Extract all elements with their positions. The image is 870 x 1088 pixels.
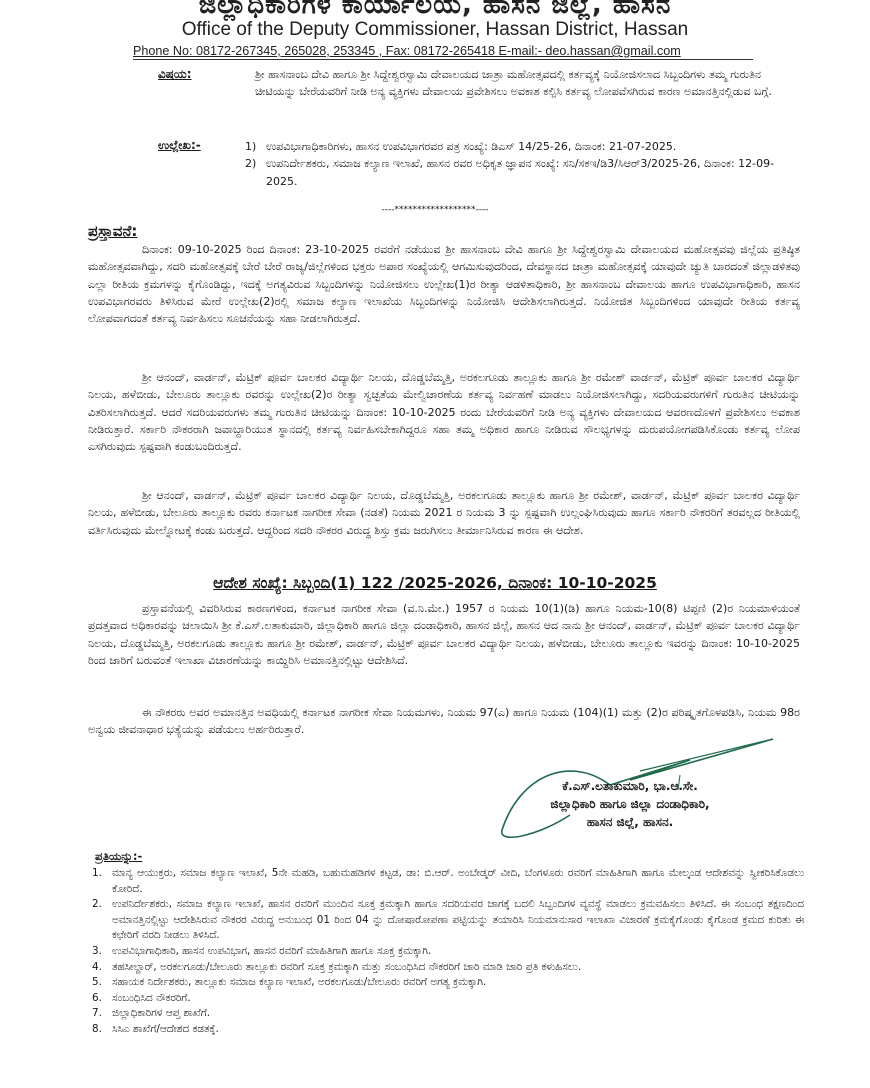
references-label: ಉಲ್ಲೇಖ:-: [158, 138, 201, 153]
office-title-english: Office of the Deputy Commissioner, Hassa…: [0, 19, 870, 41]
copy-number: 5.: [92, 975, 112, 991]
copies-label: ಪ್ರತಿಯನ್ನು:-: [95, 849, 142, 864]
preamble-paragraph-2: ಶ್ರೀ ಆನಂದ್, ವಾರ್ಡನ್, ಮೆಟ್ರಿಕ್ ಪೂರ್ವ ಬಾಲಕ…: [88, 369, 800, 455]
reference-text: ಉಪನಿರ್ದೇಶಕರು, ಸಮಾಜ ಕಲ್ಯಾಣ ಇಲಾಖೆ, ಹಾಸನ ರವ…: [266, 155, 775, 190]
subject-text: ಶ್ರೀ ಹಾಸನಾಂಬ ದೇವಿ ಹಾಗೂ ಶ್ರೀ ಸಿದ್ದೇಶ್ವರಸ್…: [255, 66, 775, 101]
copies-list: 1.ಮಾನ್ಯ ಆಯುಕ್ತರು, ಸಮಾಜ ಕಲ್ಯಾಣ ಇಲಾಖೆ, 5ನೇ…: [92, 866, 804, 1038]
reference-number: 2): [245, 155, 266, 190]
copy-number: 7.: [92, 1006, 112, 1022]
reference-item: 2) ಉಪನಿರ್ದೇಶಕರು, ಸಮಾಜ ಕಲ್ಯಾಣ ಇಲಾಖೆ, ಹಾಸನ…: [245, 155, 775, 190]
copy-number: 2.: [92, 897, 112, 944]
contact-line: Phone No: 08172-267345, 265028, 253345 ,…: [133, 44, 753, 60]
copy-text: ಸಹಾಯಕ ನಿರ್ದೇಶಕರು, ತಾಲ್ಲೂಕು ಸಮಾಜ ಕಲ್ಯಾಣ ಇ…: [112, 975, 486, 991]
order-paragraph-2: ಈ ನೌಕರರು ಅವರ ಅಮಾನತ್ತಿನ ಅವಧಿಯಲ್ಲಿ ಕರ್ನಾಟಕ…: [88, 704, 800, 739]
subject-label: ವಿಷಯ:: [158, 67, 192, 82]
copy-item: 6.ಸಂಬಂಧಿಸಿದ ನೌಕರರಿಗೆ.: [92, 991, 804, 1007]
copy-text: ಉಪನಿರ್ದೇಶಕರು, ಸಮಾಜ ಕಲ್ಯಾಣ ಇಲಾಖೆ, ಹಾಸನ ರವ…: [112, 897, 804, 944]
copy-item: 2.ಉಪನಿರ್ದೇಶಕರು, ಸಮಾಜ ಕಲ್ಯಾಣ ಇಲಾಖೆ, ಹಾಸನ …: [92, 897, 804, 944]
reference-text: ಉಪವಿಭಾಗಾಧಿಕಾರಿಗಳು, ಹಾಸನ ಉಪವಿಭಾಗರವರ ಪತ್ರ …: [266, 138, 676, 155]
copy-number: 4.: [92, 960, 112, 976]
preamble-heading: ಪ್ರಸ್ತಾವನೆ:: [88, 222, 137, 240]
copy-number: 6.: [92, 991, 112, 1007]
office-title-kannada: ಜಿಲ್ಲಾಧಿಕಾರಿಗಳ ಕಾರ್ಯಾಲಯ, ಹಾಸನ ಜಿಲ್ಲೆ, ಹಾ…: [0, 0, 870, 20]
copy-text: ತಹಸೀಲ್ದಾರ್, ಅರಕಲಗೂಡು/ಬೇಲೂರು ತಾಲ್ಲೂಕು ರವರ…: [112, 960, 581, 976]
government-order-document: ಜಿಲ್ಲಾಧಿಕಾರಿಗಳ ಕಾರ್ಯಾಲಯ, ಹಾಸನ ಜಿಲ್ಲೆ, ಹಾ…: [0, 0, 870, 1088]
copy-number: 1.: [92, 866, 112, 897]
copy-item: 4.ತಹಸೀಲ್ದಾರ್, ಅರಕಲಗೂಡು/ಬೇಲೂರು ತಾಲ್ಲೂಕು ರ…: [92, 960, 804, 976]
copy-text: ಸಂಬಂಧಿಸಿದ ನೌಕರರಿಗೆ.: [112, 991, 191, 1007]
copy-text: ಜಿಲ್ಲಾಧಿಕಾರಿಗಳ ಆಪ್ತ ಶಾಖೆಗೆ.: [112, 1006, 210, 1022]
contact-details: Phone No: 08172-267345, 265028, 253345 ,…: [133, 44, 681, 58]
copy-item: 8.ಸಿಸಿಎ ಶಾಖೆಗೆ/ಆದೇಶದ ಕಡತಕ್ಕೆ.: [92, 1022, 804, 1038]
separator: ----******************----: [0, 205, 870, 215]
order-paragraph-1: ಪ್ರಸ್ತಾವನೆಯಲ್ಲಿ ವಿವರಿಸಿರುವ ಕಾರಣಗಳಿಂದ, ಕರ…: [88, 600, 800, 669]
preamble-paragraph-1: ದಿನಾಂಕ: 09-10-2025 ರಿಂದ ದಿನಾಂಕ: 23-10-20…: [88, 241, 800, 327]
reference-item: 1) ಉಪವಿಭಾಗಾಧಿಕಾರಿಗಳು, ಹಾಸನ ಉಪವಿಭಾಗರವರ ಪತ…: [245, 138, 775, 155]
copy-item: 3.ಉಪವಿಭಾಗಾಧಿಕಾರಿ, ಹಾಸನ ಉಪವಿಭಾಗ, ಹಾಸನ ರವರ…: [92, 944, 804, 960]
copy-text: ಉಪವಿಭಾಗಾಧಿಕಾರಿ, ಹಾಸನ ಉಪವಿಭಾಗ, ಹಾಸನ ರವರಿಗ…: [112, 944, 431, 960]
signatory-designation: ಜಿಲ್ಲಾಧಿಕಾರಿ ಹಾಗೂ ಜಿಲ್ಲಾ ದಂಡಾಧಿಕಾರಿ,: [500, 795, 760, 813]
reference-number: 1): [245, 138, 266, 155]
copy-item: 5.ಸಹಾಯಕ ನಿರ್ದೇಶಕರು, ತಾಲ್ಲೂಕು ಸಮಾಜ ಕಲ್ಯಾಣ…: [92, 975, 804, 991]
signatory-location: ಹಾಸನ ಜಿಲ್ಲೆ, ಹಾಸನ.: [500, 813, 760, 831]
copy-text: ಸಿಸಿಎ ಶಾಖೆಗೆ/ಆದೇಶದ ಕಡತಕ್ಕೆ.: [112, 1022, 219, 1038]
copy-text: ಮಾನ್ಯ ಆಯುಕ್ತರು, ಸಮಾಜ ಕಲ್ಯಾಣ ಇಲಾಖೆ, 5ನೇ ಮ…: [112, 866, 804, 897]
copy-item: 1.ಮಾನ್ಯ ಆಯುಕ್ತರು, ಸಮಾಜ ಕಲ್ಯಾಣ ಇಲಾಖೆ, 5ನೇ…: [92, 866, 804, 897]
preamble-paragraph-3: ಶ್ರೀ ಆನಂದ್, ವಾರ್ಡನ್, ಮೆಟ್ರಿಕ್ ಪೂರ್ವ ಬಾಲಕ…: [88, 487, 800, 539]
signature-block: ಕೆ.ಎಸ್.ಲತಾಕುಮಾರಿ, ಭಾ.ಆ.ಸೇ. ಜಿಲ್ಲಾಧಿಕಾರಿ …: [500, 777, 760, 831]
copy-number: 8.: [92, 1022, 112, 1038]
references-list: 1) ಉಪವಿಭಾಗಾಧಿಕಾರಿಗಳು, ಹಾಸನ ಉಪವಿಭಾಗರವರ ಪತ…: [245, 138, 775, 190]
signatory-name: ಕೆ.ಎಸ್.ಲತಾಕುಮಾರಿ, ಭಾ.ಆ.ಸೇ.: [500, 777, 760, 795]
copy-number: 3.: [92, 944, 112, 960]
order-number-heading: ಆದೇಶ ಸಂಖ್ಯೆ: ಸಿಬ್ಬಂದಿ(1) 122 /2025-2026,…: [0, 574, 870, 593]
copy-item: 7.ಜಿಲ್ಲಾಧಿಕಾರಿಗಳ ಆಪ್ತ ಶಾಖೆಗೆ.: [92, 1006, 804, 1022]
